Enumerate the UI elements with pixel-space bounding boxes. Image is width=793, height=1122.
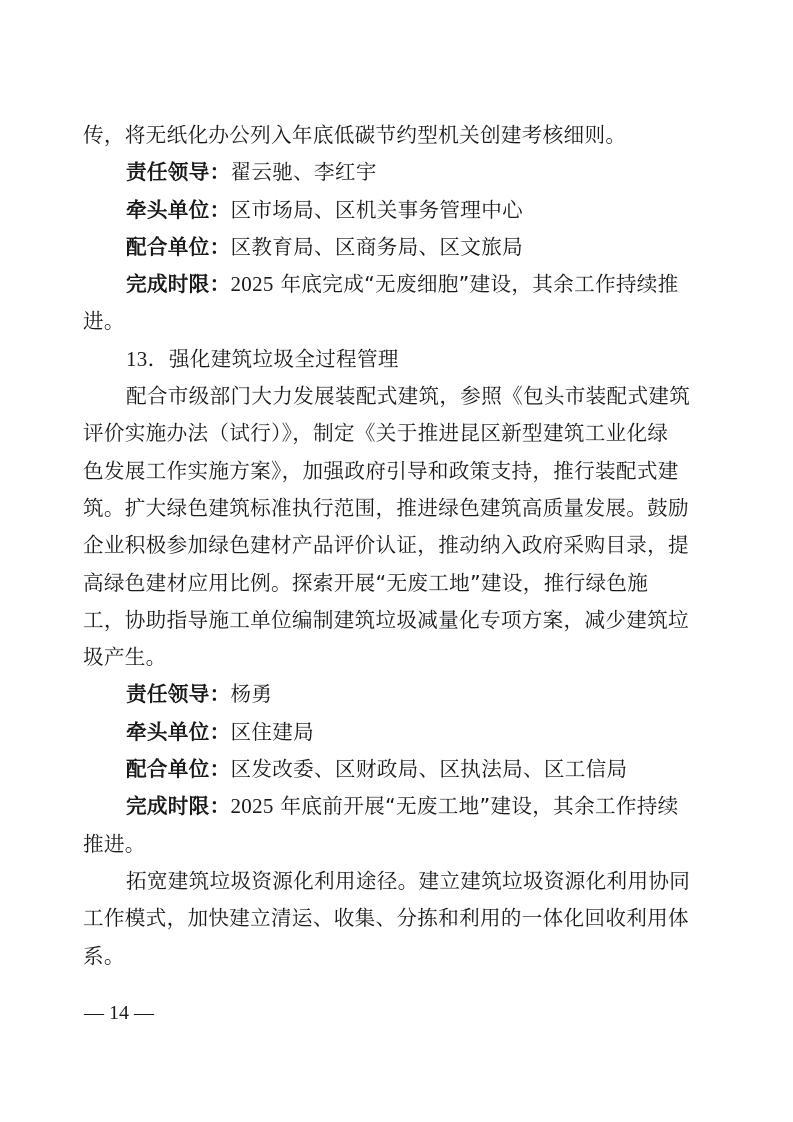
field-cooperating-units: 配合单位：区发改委、区财政局、区执法局、区工信局 [83, 751, 715, 788]
field-value: 翟云驰、李红宇 [230, 160, 376, 184]
paragraph-line: 圾产生。 [83, 639, 715, 676]
field-label: 配合单位： [126, 235, 230, 259]
field-value: 年底前开展“无废工地”建设，其余工作持续 [274, 794, 679, 818]
field-responsible-leader: 责任领导：杨勇 [83, 676, 715, 713]
field-value: 区教育局、区商务局、区文旅局 [230, 235, 523, 259]
field-value: 杨勇 [230, 682, 272, 706]
field-lead-unit: 牵头单位：区住建局 [83, 714, 715, 751]
section-heading: 13．强化建筑垃圾全过程管理 [83, 341, 715, 378]
field-label: 责任领导： [126, 160, 230, 184]
field-deadline: 完成时限：2025 年底前开展“无废工地”建设，其余工作持续 [83, 788, 715, 825]
paragraph-line: 色发展工作实施方案》，加强政府引导和政策支持，推行装配式建 [83, 453, 715, 490]
field-label: 责任领导： [126, 682, 230, 706]
field-deadline: 完成时限：2025 年底完成“无废细胞”建设，其余工作持续推 [83, 266, 715, 303]
paragraph-line: 系。 [83, 938, 715, 975]
paragraph-line: 企业积极参加绿色建材产品评价认证，推动纳入政府采购目录，提 [83, 527, 715, 564]
field-deadline-continuation: 推进。 [83, 826, 715, 863]
field-value: 区市场局、区机关事务管理中心 [230, 198, 523, 222]
paragraph-line: 拓宽建筑垃圾资源化利用途径。建立建筑垃圾资源化利用协同 [83, 863, 715, 900]
field-label: 牵头单位： [126, 720, 230, 744]
field-responsible-leader: 责任领导：翟云驰、李红宇 [83, 154, 715, 191]
paragraph-line: 筑。扩大绿色建筑标准执行范围，推进绿色建筑高质量发展。鼓励 [83, 490, 715, 527]
paragraph-line: 高绿色建材应用比例。探索开展“无废工地”建设，推行绿色施 [83, 565, 715, 602]
field-deadline-continuation: 进。 [83, 303, 715, 340]
field-cooperating-units: 配合单位：区教育局、区商务局、区文旅局 [83, 229, 715, 266]
field-label: 配合单位： [126, 757, 230, 781]
paragraph-continuation: 传，将无纸化办公列入年底低碳节约型机关创建考核细则。 [83, 117, 715, 154]
section-title: 强化建筑垃圾全过程管理 [169, 347, 399, 371]
deadline-year: 2025 [230, 794, 273, 818]
field-value: 年底完成“无废细胞”建设，其余工作持续推 [274, 272, 679, 296]
deadline-year: 2025 [230, 272, 273, 296]
section-number: 13． [126, 347, 169, 371]
document-page: 传，将无纸化办公列入年底低碳节约型机关创建考核细则。 责任领导：翟云驰、李红宇 … [83, 117, 715, 975]
paragraph-line: 评价实施办法（试行）》，制定《关于推进昆区新型建筑工业化绿 [83, 415, 715, 452]
field-label: 牵头单位： [126, 198, 230, 222]
field-lead-unit: 牵头单位：区市场局、区机关事务管理中心 [83, 192, 715, 229]
field-value: 区住建局 [230, 720, 314, 744]
field-label: 完成时限： [126, 794, 230, 818]
paragraph-line: 工作模式，加快建立清运、收集、分拣和利用的一体化回收利用体 [83, 900, 715, 937]
paragraph-line: 工，协助指导施工单位编制建筑垃圾减量化专项方案，减少建筑垃 [83, 602, 715, 639]
page-number: — 14 — [84, 1000, 154, 1026]
field-label: 完成时限： [126, 272, 230, 296]
paragraph-line: 配合市级部门大力发展装配式建筑，参照《包头市装配式建筑 [83, 378, 715, 415]
field-value: 区发改委、区财政局、区执法局、区工信局 [230, 757, 627, 781]
